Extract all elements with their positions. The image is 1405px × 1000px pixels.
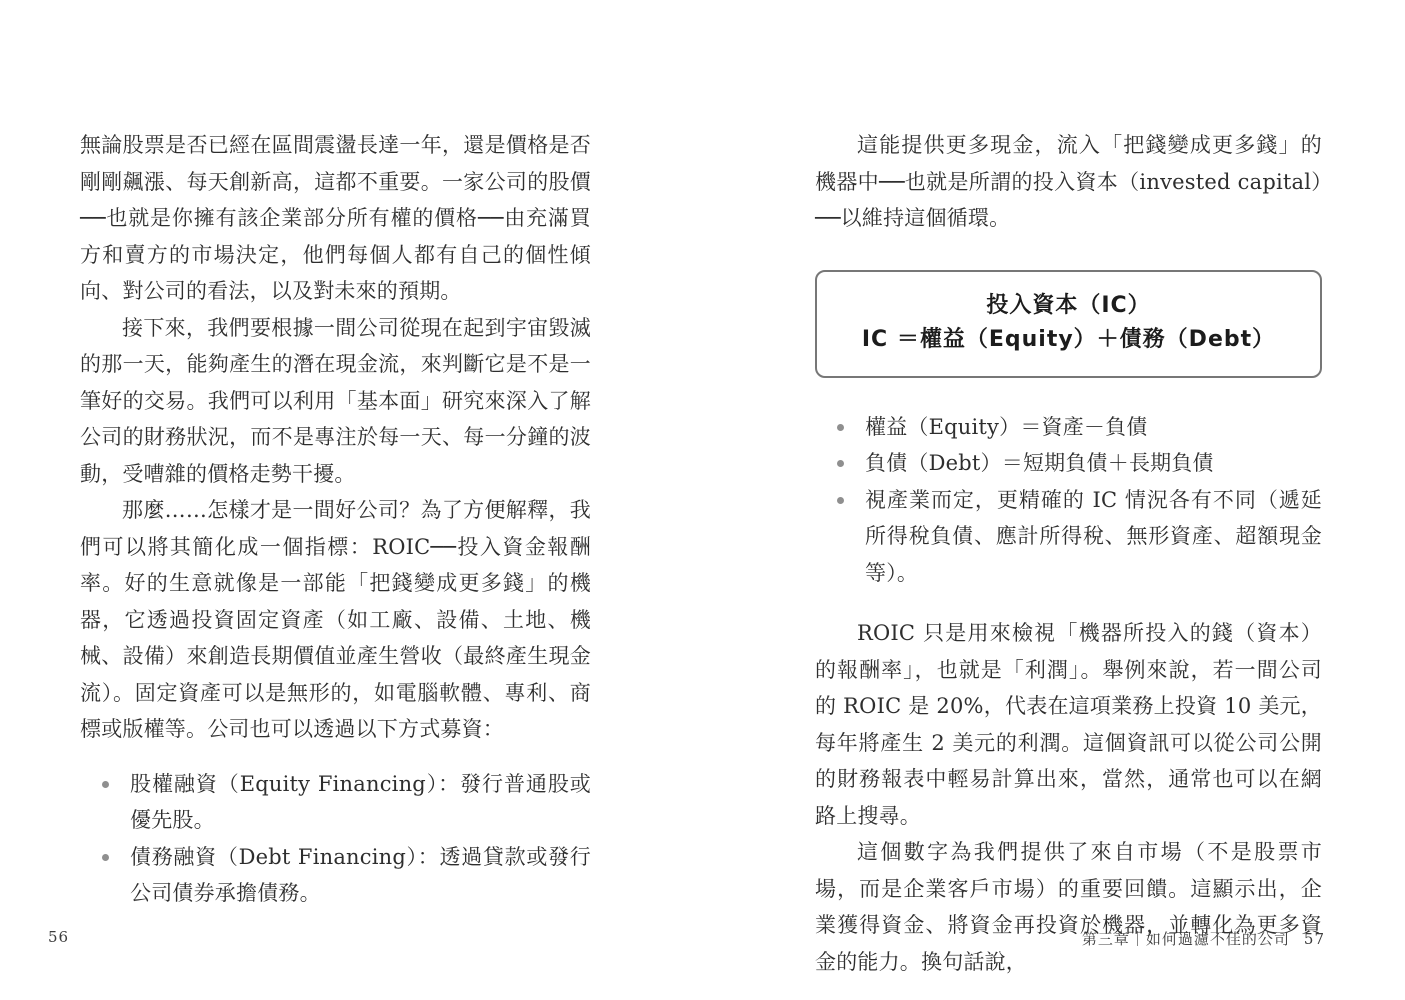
right-page-text-column: 這能提供更多現金，流入「把錢變成更多錢」的機器中──也就是所謂的投入資本（inv… (815, 127, 1322, 980)
bullet-item: 權益（Equity）＝資產－負債 (815, 409, 1322, 446)
invested-capital-definition-box: 投入資本（IC） IC ＝權益（Equity）＋債務（Debt） (815, 270, 1322, 378)
bullet-dot-icon (837, 460, 844, 467)
chapter-title: 第三章｜如何過濾不佳的公司 (1082, 930, 1290, 948)
running-footer-right: 第三章｜如何過濾不佳的公司57 (1082, 928, 1325, 949)
paragraph: 無論股票是否已經在區間震盪長達一年，還是價格是否剛剛飆漲、每天創新高，這都不重要… (80, 127, 591, 310)
bullet-dot-icon (102, 781, 109, 788)
bullet-item: 負債（Debt）＝短期負債＋長期負債 (815, 445, 1322, 482)
box-formula: IC ＝權益（Equity）＋債務（Debt） (827, 323, 1310, 357)
paragraph: 接下來，我們要根據一間公司從現在起到宇宙毀滅的那一天，能夠產生的潛在現金流，來判… (80, 310, 591, 493)
page-number-left: 56 (48, 928, 69, 946)
bullet-dot-icon (837, 424, 844, 431)
bullet-item: 股權融資（Equity Financing）：發行普通股或優先股。 (80, 766, 591, 839)
page-number-right: 57 (1304, 930, 1325, 948)
bullet-item: 視產業而定，更精確的 IC 情況各有不同（遞延所得稅負債、應計所得稅、無形資產、… (815, 482, 1322, 592)
bullet-text: 負債（Debt）＝短期負債＋長期負債 (865, 451, 1214, 475)
bullet-dot-icon (837, 497, 844, 504)
paragraph: 這個數字為我們提供了來自市場（不是股票市場，而是企業客戶市場）的重要回饋。這顯示… (815, 834, 1322, 980)
paragraph: ROIC 只是用來檢視「機器所投入的錢（資本）的報酬率」，也就是「利潤」。舉例來… (815, 615, 1322, 834)
paragraph: 這能提供更多現金，流入「把錢變成更多錢」的機器中──也就是所謂的投入資本（inv… (815, 127, 1322, 237)
bullet-text: 債務融資（Debt Financing）：透過貸款或發行公司債券承擔債務。 (130, 845, 591, 906)
paragraph: 那麼……怎樣才是一間好公司？為了方便解釋，我們可以將其簡化成一個指標：ROIC─… (80, 492, 591, 748)
bullet-text: 視產業而定，更精確的 IC 情況各有不同（遞延所得稅負債、應計所得稅、無形資產、… (865, 488, 1322, 585)
book-spread: 無論股票是否已經在區間震盪長達一年，還是價格是否剛剛飆漲、每天創新高，這都不重要… (0, 0, 1405, 1000)
left-page-text-column: 無論股票是否已經在區間震盪長達一年，還是價格是否剛剛飆漲、每天創新高，這都不重要… (80, 127, 591, 912)
bullet-text: 權益（Equity）＝資產－負債 (865, 415, 1148, 439)
financing-bullet-list: 股權融資（Equity Financing）：發行普通股或優先股。 債務融資（D… (80, 766, 591, 912)
bullet-item: 債務融資（Debt Financing）：透過貸款或發行公司債券承擔債務。 (80, 839, 591, 912)
ic-bullet-list: 權益（Equity）＝資產－負債 負債（Debt）＝短期負債＋長期負債 視產業而… (815, 409, 1322, 592)
bullet-text: 股權融資（Equity Financing）：發行普通股或優先股。 (130, 772, 591, 833)
box-title: 投入資本（IC） (827, 289, 1310, 323)
bullet-dot-icon (102, 854, 109, 861)
